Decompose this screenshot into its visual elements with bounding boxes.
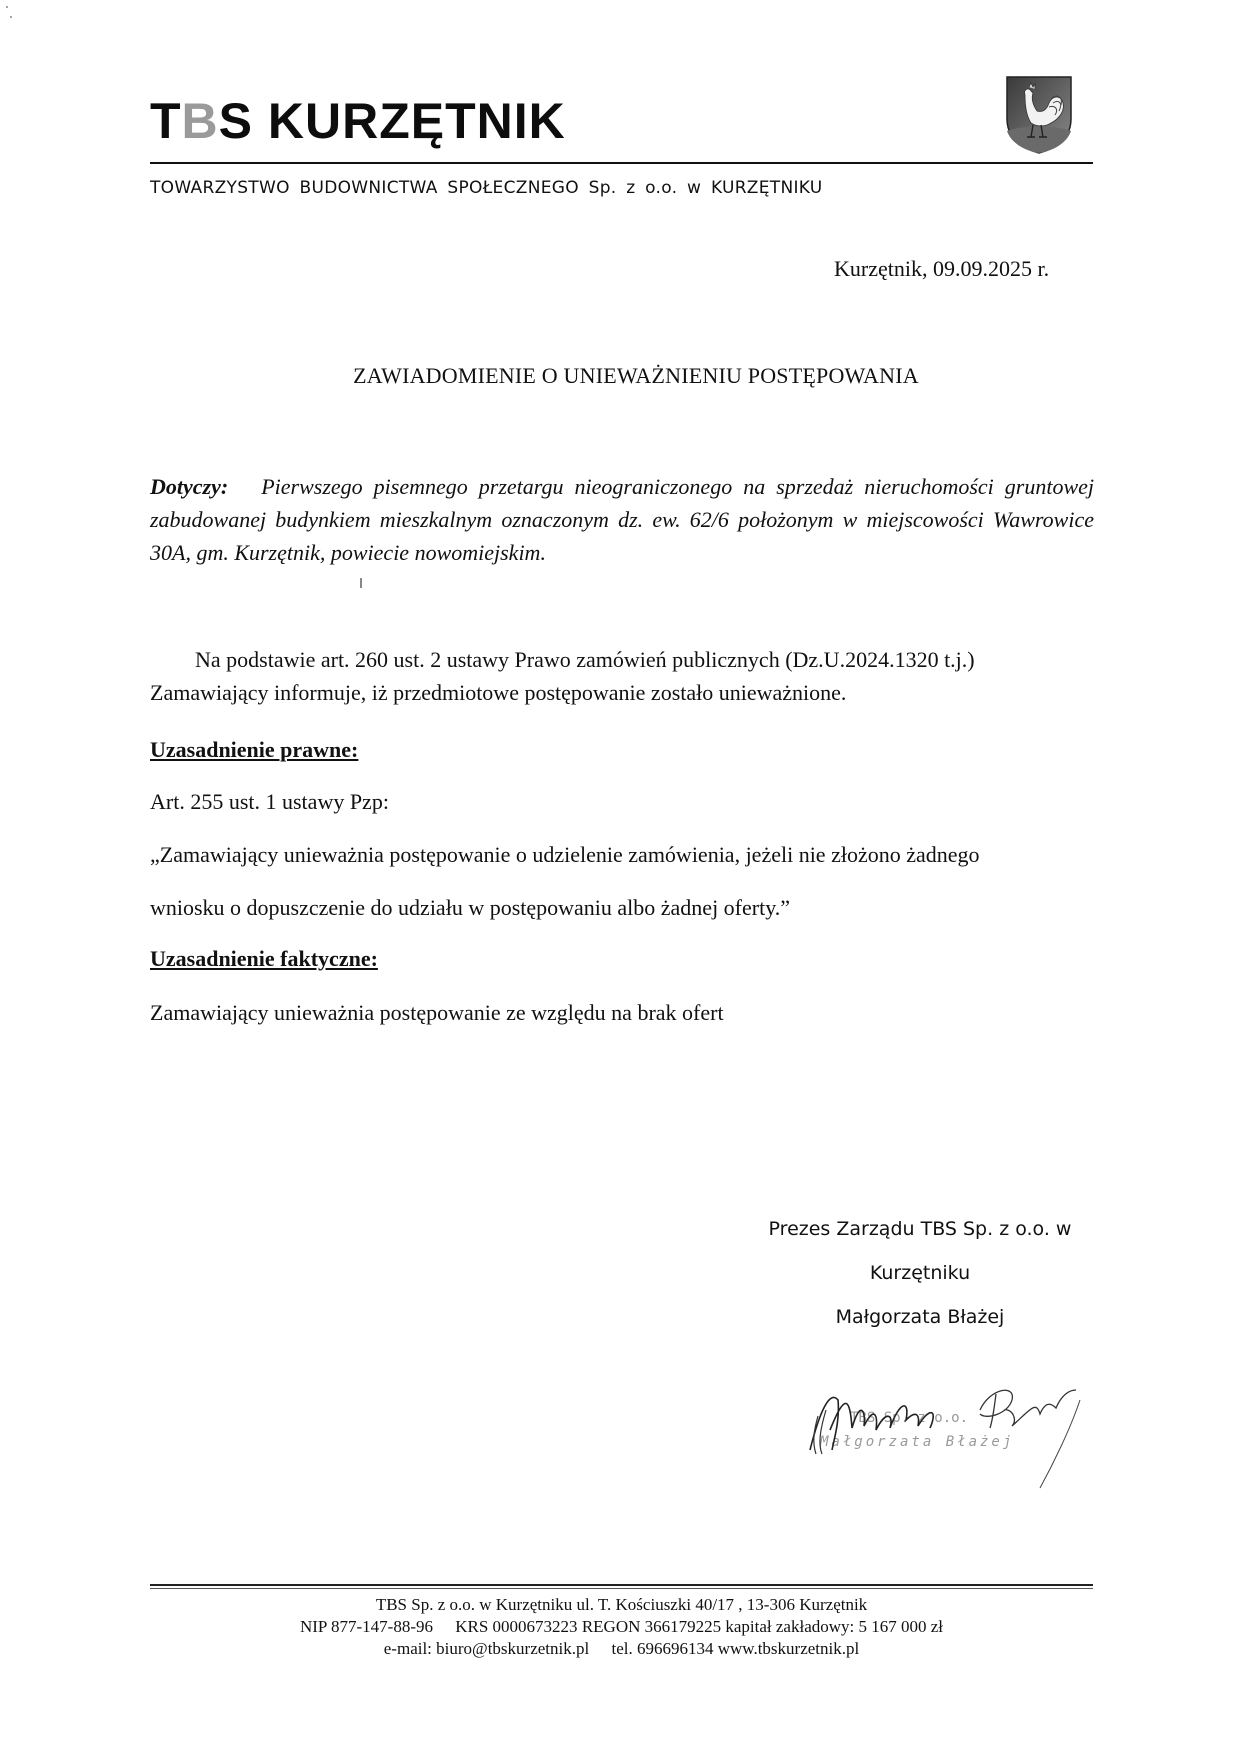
legal-quote-line-1: „Zamawiający unieważnia postępowanie o u… xyxy=(150,842,980,868)
footer-divider-thin xyxy=(150,1588,1093,1589)
subject-text: Pierwszego pisemnego przetargu nieograni… xyxy=(150,474,1094,565)
legal-basis: Art. 255 ust. 1 ustawy Pzp: xyxy=(150,789,389,815)
factual-justification-text: Zamawiający unieważnia postępowanie ze w… xyxy=(150,1000,724,1026)
footer-registration: NIP 877-147-88-96 KRS 0000673223 REGON 3… xyxy=(150,1616,1093,1638)
document-title: ZAWIADOMIENIE O UNIEWAŻNIENIU POSTĘPOWAN… xyxy=(0,363,1240,389)
scan-artifact xyxy=(10,16,12,18)
signatory-title-line-2: Kurzętniku xyxy=(720,1262,1120,1284)
stamp-text-name: Małgorzata Błażej xyxy=(819,1434,1014,1450)
legal-quote-line-2: wniosku o dopuszczenie do udziału w post… xyxy=(150,895,790,921)
intro-paragraph: Na podstawie art. 260 ust. 2 ustawy Praw… xyxy=(150,643,1100,709)
coat-of-arms-rooster-icon xyxy=(1003,73,1075,155)
handwritten-signature-with-stamp: TBS Sp. z o.o. Małgorzata Błażej xyxy=(790,1370,1120,1490)
company-logo: TBS KURZĘTNIK xyxy=(150,96,566,146)
intro-line-1: Na podstawie art. 260 ust. 2 ustawy Praw… xyxy=(150,643,1100,676)
place-and-date: Kurzętnik, 09.09.2025 r. xyxy=(834,256,1049,282)
subject-block: Dotyczy: Pierwszego pisemnego przetargu … xyxy=(150,470,1094,569)
factual-justification-heading: Uzasadnienie faktyczne: xyxy=(150,946,378,972)
footer-nip: NIP 877-147-88-96 xyxy=(300,1617,433,1636)
footer-address: TBS Sp. z o.o. w Kurzętniku ul. T. Kości… xyxy=(150,1594,1093,1616)
subject-label: Dotyczy: xyxy=(150,474,228,499)
company-full-name: TOWARZYSTWO BUDOWNICTWA SPOŁECZNEGO Sp. … xyxy=(150,178,823,198)
footer-phone: tel. 696696134 xyxy=(611,1639,713,1658)
intro-line-2: Zamawiający informuje, iż przedmiotowe p… xyxy=(150,676,1100,709)
header-divider xyxy=(150,162,1093,164)
footer-krs: KRS 0000673223 xyxy=(455,1617,577,1636)
footer-regon: REGON 366179225 xyxy=(582,1617,721,1636)
footer-email[interactable]: e-mail: biuro@tbskurzetnik.pl xyxy=(384,1639,589,1658)
footer-capital: kapitał zakładowy: 5 167 000 zł xyxy=(725,1617,943,1636)
legal-justification-heading: Uzasadnienie prawne: xyxy=(150,737,358,763)
signatory-name: Małgorzata Błażej xyxy=(720,1306,1120,1328)
signatory-title-line-1: Prezes Zarządu TBS Sp. z o.o. w xyxy=(720,1218,1120,1240)
footer-divider xyxy=(150,1584,1093,1586)
scan-artifact xyxy=(360,578,362,588)
scan-artifact xyxy=(6,6,8,8)
logo-rest: S KURZĘTNIK xyxy=(219,93,566,149)
footer-contact: e-mail: biuro@tbskurzetnik.pl tel. 69669… xyxy=(150,1638,1093,1660)
logo-letter-t: T xyxy=(150,93,182,149)
footer-website[interactable]: www.tbskurzetnik.pl xyxy=(718,1639,860,1658)
logo-letter-b: B xyxy=(182,93,219,149)
